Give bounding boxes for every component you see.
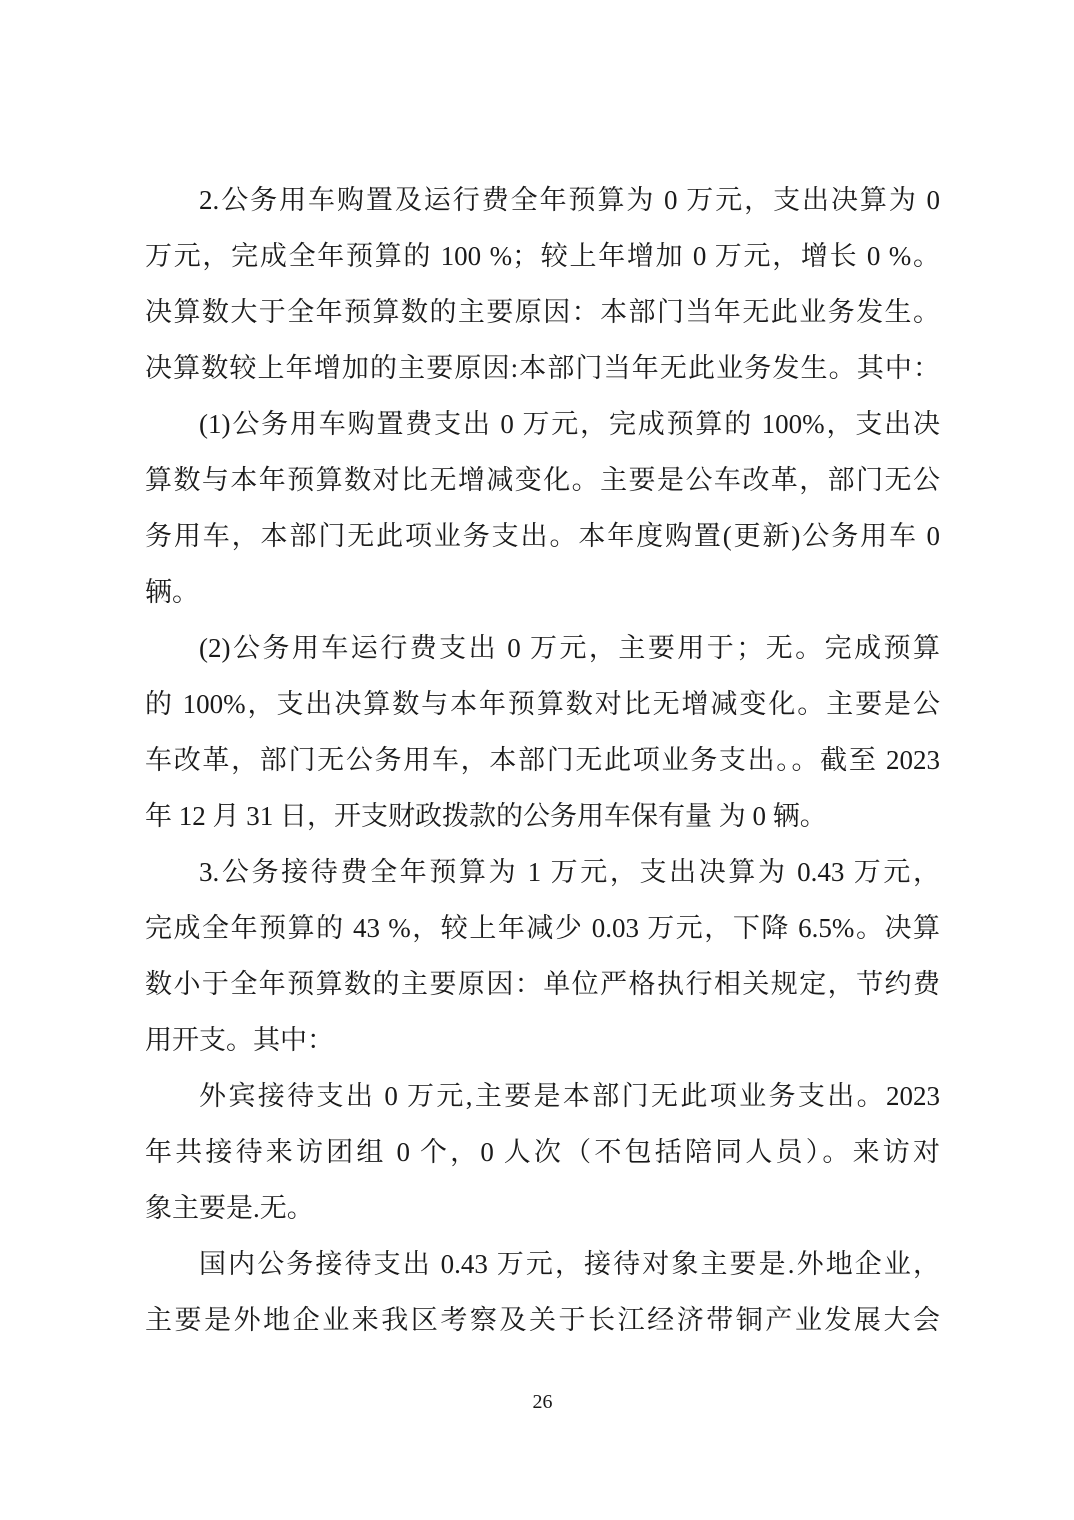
document-body: 2.公务用车购置及运行费全年预算为 0 万元，支出决算为 0万元，完成全年预算的…: [145, 172, 940, 1348]
text-line: 3.公务接待费全年预算为 1 万元，支出决算为 0.43 万元，: [145, 844, 940, 900]
document-page: 2.公务用车购置及运行费全年预算为 0 万元，支出决算为 0万元，完成全年预算的…: [0, 0, 1074, 1520]
text-line: 的 100%，支出决算数与本年预算数对比无增减变化。主要是公: [145, 676, 940, 732]
text-line: 年共接待来访团组 0 个，0 人次（不包括陪同人员）。来访对: [145, 1124, 940, 1180]
text-line: 完成全年预算的 43 %，较上年减少 0.03 万元，下降 6.5%。决算: [145, 900, 940, 956]
text-line: (2)公务用车运行费支出 0 万元，主要用于；无。完成预算: [145, 620, 940, 676]
text-line: 决算数较上年增加的主要原因:本部门当年无此业务发生。其中：: [145, 340, 940, 396]
paragraph: (2)公务用车运行费支出 0 万元，主要用于；无。完成预算的 100%，支出决算…: [145, 620, 940, 844]
paragraph: 外宾接待支出 0 万元,主要是本部门无此项业务支出。2023年共接待来访团组 0…: [145, 1068, 940, 1236]
text-line: 国内公务接待支出 0.43 万元，接待对象主要是.外地企业，: [145, 1236, 940, 1292]
text-line: 年 12 月 31 日，开支财政拨款的公务用车保有量 为 0 辆。: [145, 788, 940, 844]
page-number: 26: [145, 1388, 940, 1416]
text-line: 算数与本年预算数对比无增减变化。主要是公车改革，部门无公: [145, 452, 940, 508]
text-line: 主要是外地企业来我区考察及关于长江经济带铜产业发展大会: [145, 1292, 940, 1348]
text-line: 数小于全年预算数的主要原因：单位严格执行相关规定，节约费: [145, 956, 940, 1012]
text-line: 外宾接待支出 0 万元,主要是本部门无此项业务支出。2023: [145, 1068, 940, 1124]
text-line: 象主要是.无。: [145, 1180, 940, 1236]
text-line: 2.公务用车购置及运行费全年预算为 0 万元，支出决算为 0: [145, 172, 940, 228]
text-line: 用开支。其中：: [145, 1012, 940, 1068]
text-line: 万元，完成全年预算的 100 %；较上年增加 0 万元，增长 0 %。: [145, 228, 940, 284]
text-line: 决算数大于全年预算数的主要原因：本部门当年无此业务发生。: [145, 284, 940, 340]
text-line: (1)公务用车购置费支出 0 万元，完成预算的 100%，支出决: [145, 396, 940, 452]
paragraph: 2.公务用车购置及运行费全年预算为 0 万元，支出决算为 0万元，完成全年预算的…: [145, 172, 940, 396]
text-line: 务用车，本部门无此项业务支出。本年度购置(更新)公务用车 0: [145, 508, 940, 564]
paragraph: (1)公务用车购置费支出 0 万元，完成预算的 100%，支出决算数与本年预算数…: [145, 396, 940, 620]
text-line: 辆。: [145, 564, 940, 620]
paragraph: 3.公务接待费全年预算为 1 万元，支出决算为 0.43 万元，完成全年预算的 …: [145, 844, 940, 1068]
paragraph: 国内公务接待支出 0.43 万元，接待对象主要是.外地企业，主要是外地企业来我区…: [145, 1236, 940, 1348]
text-line: 车改革，部门无公务用车，本部门无此项业务支出。。截至 2023: [145, 732, 940, 788]
